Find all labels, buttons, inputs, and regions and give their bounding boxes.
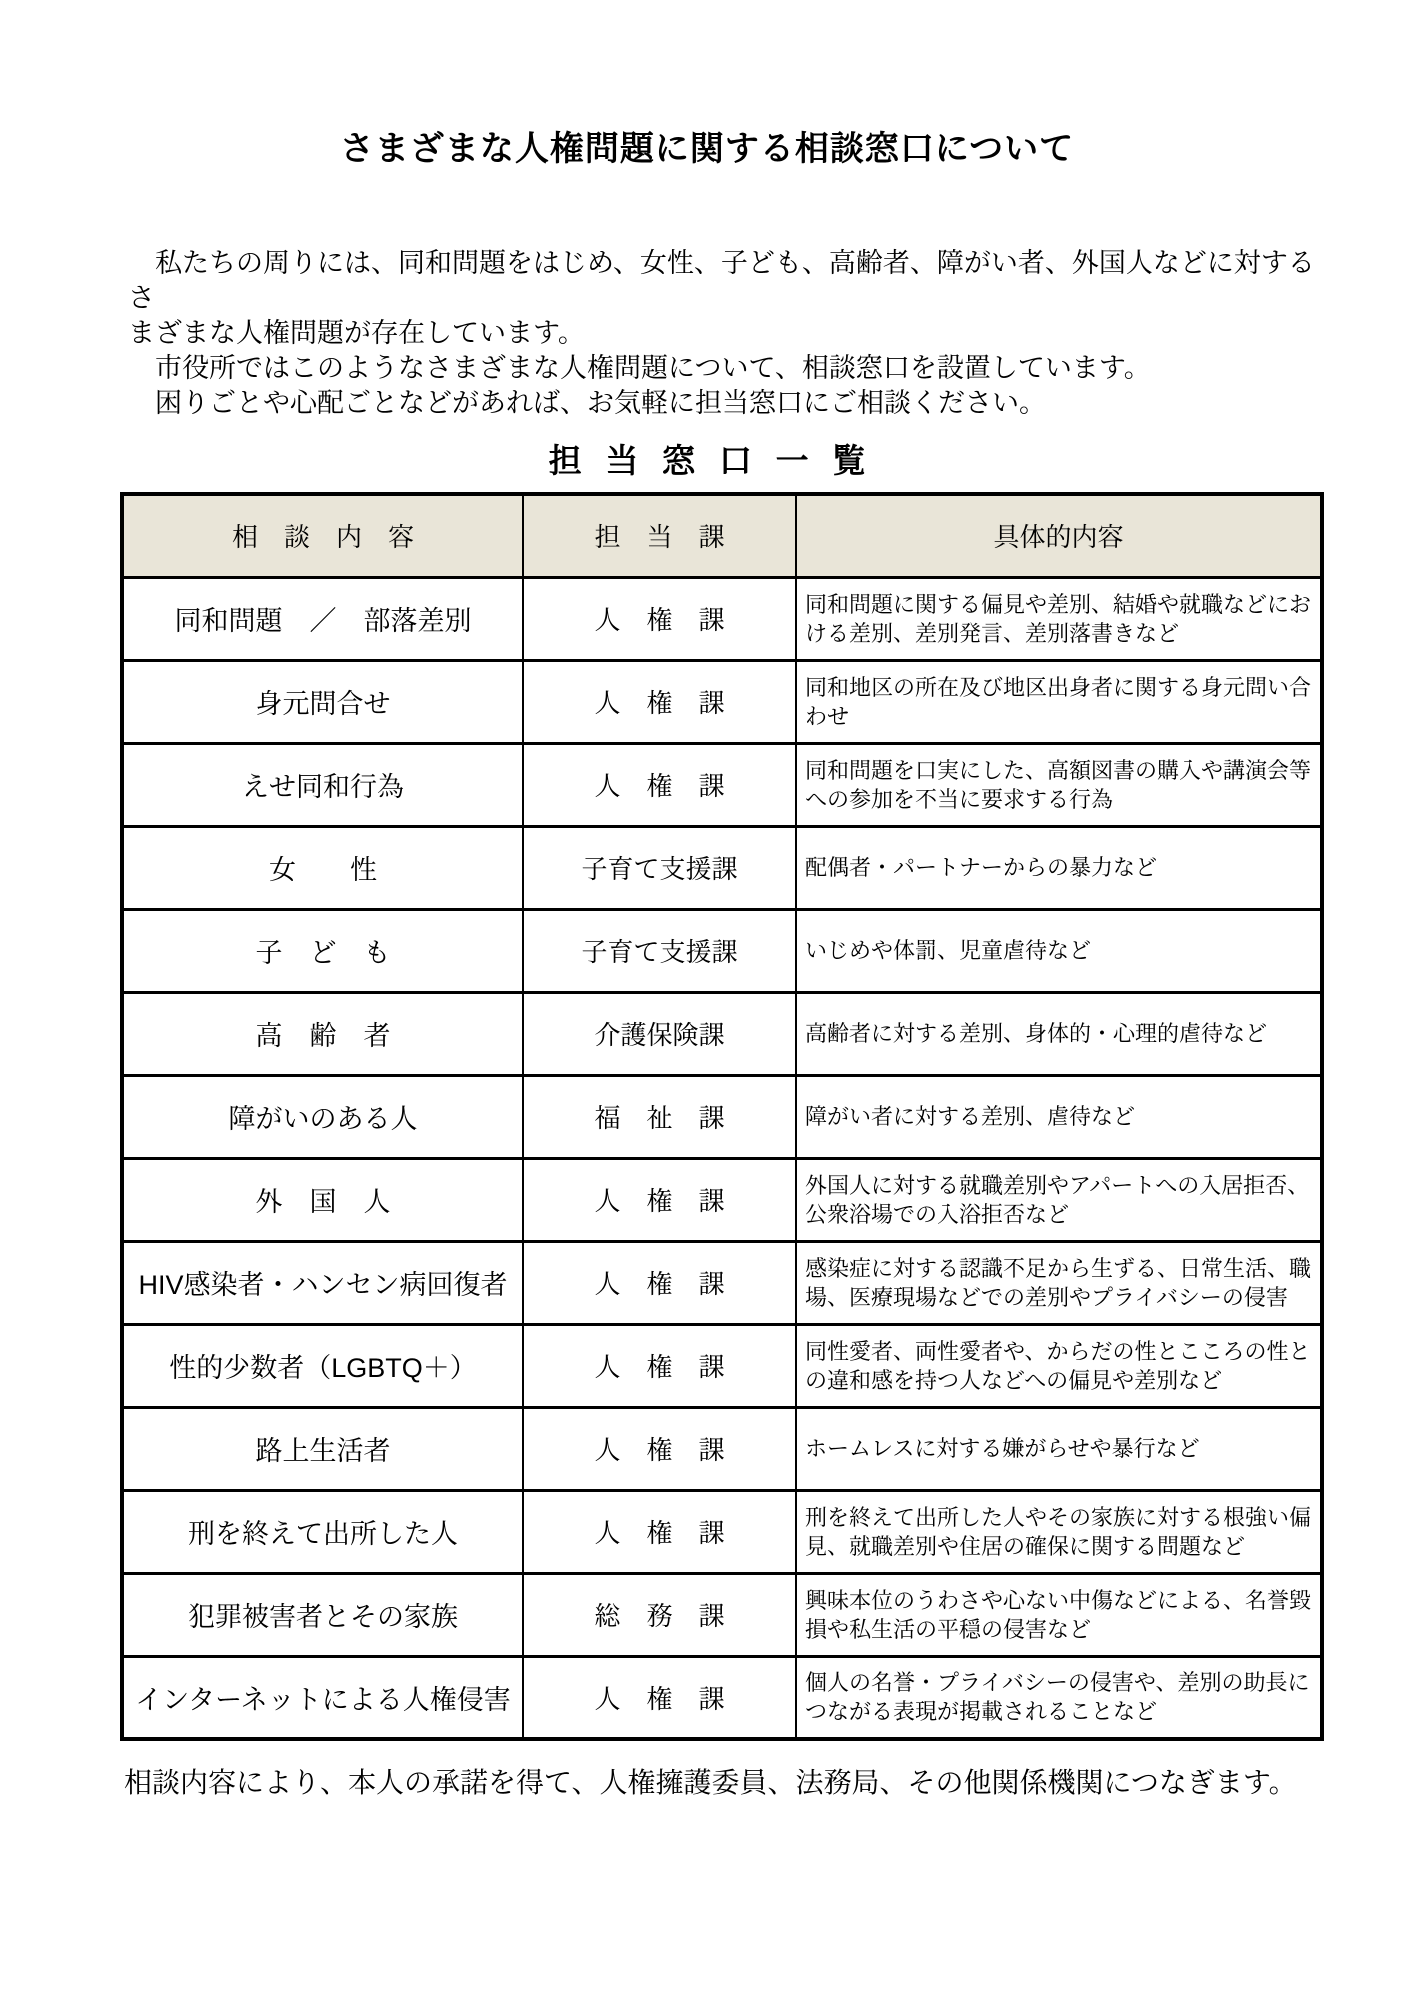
cell-description: 高齢者に対する差別、身体的・心理的虐待など [796, 992, 1322, 1075]
table-row: インターネットによる人権侵害人 権 課個人の名誉・プライバシーの侵害や、差別の助… [122, 1656, 1322, 1739]
cell-consultation-topic: 性的少数者（LGBTQ＋） [122, 1324, 523, 1407]
intro-line-1: 私たちの周りには、同和問題をはじめ、女性、子ども、高齢者、障がい者、外国人などに… [128, 246, 1324, 316]
table-header-row: 相 談 内 容 担 当 課 具体的内容 [122, 494, 1322, 577]
cell-description: 興味本位のうわさや心ない中傷などによる、名誉毀損や私生活の平穏の侵害など [796, 1573, 1322, 1656]
table-row: えせ同和行為人 権 課同和問題を口実にした、高額図書の購入や講演会等への参加を不… [122, 743, 1322, 826]
table-row: 同和問題 ／ 部落差別人 権 課同和問題に関する偏見や差別、結婚や就職などにおけ… [122, 577, 1322, 660]
document-page: さまざまな人権問題に関する相談窓口について 私たちの周りには、同和問題をはじめ、… [0, 0, 1414, 2000]
cell-description: 同和問題に関する偏見や差別、結婚や就職などにおける差別、差別発言、差別落書きなど [796, 577, 1322, 660]
cell-consultation-topic: 身元問合せ [122, 660, 523, 743]
contact-window-table: 相 談 内 容 担 当 課 具体的内容 同和問題 ／ 部落差別人 権 課同和問題… [120, 492, 1324, 1741]
intro-line-2: まざまな人権問題が存在しています。 [128, 316, 1324, 351]
cell-department: 人 権 課 [523, 1241, 796, 1324]
table-row: 性的少数者（LGBTQ＋）人 権 課同性愛者、両性愛者や、からだの性とこころの性… [122, 1324, 1322, 1407]
cell-department: 総 務 課 [523, 1573, 796, 1656]
table-row: 刑を終えて出所した人人 権 課刑を終えて出所した人やその家族に対する根強い偏見、… [122, 1490, 1322, 1573]
cell-description: 同和地区の所在及び地区出身者に関する身元問い合わせ [796, 660, 1322, 743]
column-header-department: 担 当 課 [523, 494, 796, 577]
cell-description: 同性愛者、両性愛者や、からだの性とこころの性との違和感を持つ人などへの偏見や差別… [796, 1324, 1322, 1407]
table-row: 障がいのある人福 祉 課障がい者に対する差別、虐待など [122, 1075, 1322, 1158]
table-row: 女 性子育て支援課配偶者・パートナーからの暴力など [122, 826, 1322, 909]
section-heading: 担当窓口一覧 [0, 439, 1414, 482]
table-row: 高 齢 者介護保険課高齢者に対する差別、身体的・心理的虐待など [122, 992, 1322, 1075]
cell-consultation-topic: インターネットによる人権侵害 [122, 1656, 523, 1739]
table-row: 外 国 人人 権 課外国人に対する就職差別やアパートへの入居拒否、公衆浴場での入… [122, 1158, 1322, 1241]
table-row: 身元問合せ人 権 課同和地区の所在及び地区出身者に関する身元問い合わせ [122, 660, 1322, 743]
cell-description: 配偶者・パートナーからの暴力など [796, 826, 1322, 909]
cell-consultation-topic: 女 性 [122, 826, 523, 909]
cell-consultation-topic: 子 ど も [122, 909, 523, 992]
intro-paragraph: 私たちの周りには、同和問題をはじめ、女性、子ども、高齢者、障がい者、外国人などに… [128, 246, 1324, 421]
cell-consultation-topic: 外 国 人 [122, 1158, 523, 1241]
cell-department: 人 権 課 [523, 1656, 796, 1739]
intro-line-4: 困りごとや心配ごとなどがあれば、お気軽に担当窓口にご相談ください。 [128, 386, 1324, 421]
cell-description: いじめや体罰、児童虐待など [796, 909, 1322, 992]
cell-department: 介護保険課 [523, 992, 796, 1075]
cell-department: 子育て支援課 [523, 826, 796, 909]
cell-description: 刑を終えて出所した人やその家族に対する根強い偏見、就職差別や住居の確保に関する問… [796, 1490, 1322, 1573]
cell-description: 個人の名誉・プライバシーの侵害や、差別の助長につながる表現が掲載されることなど [796, 1656, 1322, 1739]
page-title: さまざまな人権問題に関する相談窓口について [0, 0, 1414, 170]
cell-department: 人 権 課 [523, 1490, 796, 1573]
table-row: 犯罪被害者とその家族総 務 課興味本位のうわさや心ない中傷などによる、名誉毀損や… [122, 1573, 1322, 1656]
cell-department: 人 権 課 [523, 1407, 796, 1490]
cell-description: 外国人に対する就職差別やアパートへの入居拒否、公衆浴場での入浴拒否など [796, 1158, 1322, 1241]
column-header-consultation-content: 相 談 内 容 [122, 494, 523, 577]
cell-department: 子育て支援課 [523, 909, 796, 992]
column-header-details: 具体的内容 [796, 494, 1322, 577]
cell-description: 同和問題を口実にした、高額図書の購入や講演会等への参加を不当に要求する行為 [796, 743, 1322, 826]
cell-department: 福 祉 課 [523, 1075, 796, 1158]
table-row: 子 ど も子育て支援課いじめや体罰、児童虐待など [122, 909, 1322, 992]
cell-consultation-topic: 路上生活者 [122, 1407, 523, 1490]
table-row: 路上生活者人 権 課ホームレスに対する嫌がらせや暴行など [122, 1407, 1322, 1490]
cell-department: 人 権 課 [523, 1324, 796, 1407]
table-row: HIV感染者・ハンセン病回復者人 権 課感染症に対する認識不足から生ずる、日常生… [122, 1241, 1322, 1324]
footer-note: 相談内容により、本人の承諾を得て、人権擁護委員、法務局、その他関係機関につなぎま… [124, 1765, 1354, 1801]
cell-department: 人 権 課 [523, 1158, 796, 1241]
cell-consultation-topic: えせ同和行為 [122, 743, 523, 826]
cell-consultation-topic: 同和問題 ／ 部落差別 [122, 577, 523, 660]
cell-description: 障がい者に対する差別、虐待など [796, 1075, 1322, 1158]
cell-department: 人 権 課 [523, 743, 796, 826]
cell-consultation-topic: HIV感染者・ハンセン病回復者 [122, 1241, 523, 1324]
cell-department: 人 権 課 [523, 660, 796, 743]
cell-consultation-topic: 犯罪被害者とその家族 [122, 1573, 523, 1656]
cell-description: ホームレスに対する嫌がらせや暴行など [796, 1407, 1322, 1490]
cell-consultation-topic: 高 齢 者 [122, 992, 523, 1075]
cell-consultation-topic: 刑を終えて出所した人 [122, 1490, 523, 1573]
intro-line-3: 市役所ではこのようなさまざまな人権問題について、相談窓口を設置しています。 [128, 351, 1324, 386]
cell-description: 感染症に対する認識不足から生ずる、日常生活、職場、医療現場などでの差別やプライバ… [796, 1241, 1322, 1324]
cell-consultation-topic: 障がいのある人 [122, 1075, 523, 1158]
cell-department: 人 権 課 [523, 577, 796, 660]
